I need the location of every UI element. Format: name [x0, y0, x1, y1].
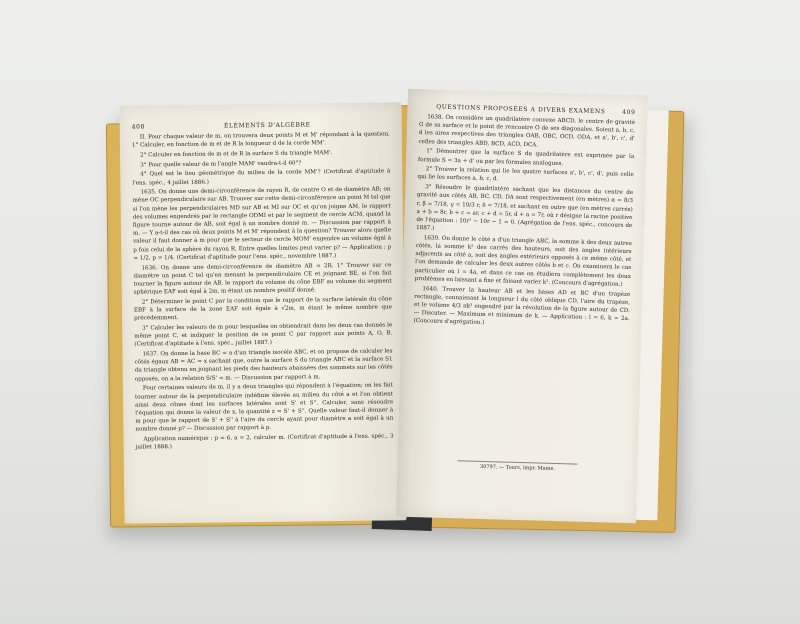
printer-imprint: 30797. — Tours, impr. Mame.: [457, 460, 577, 472]
paragraph: 4° Quel est le lieu géométrique du milie…: [132, 168, 390, 188]
paragraph: Application numérique : p = 6, a = 2, ca…: [135, 433, 393, 453]
paragraph: 1636. On donne une demi-circonférence de…: [133, 261, 391, 297]
paragraph: 1638. On considère un quadrilatère conve…: [418, 113, 635, 152]
paragraph: 1635. On donne une demi-circonférence de…: [132, 186, 391, 263]
right-page-number: 409: [622, 109, 635, 116]
left-page-number: 408: [132, 123, 145, 130]
right-page: QUESTIONS PROPOSÉES A DIVERS EXAMENS 409…: [396, 89, 648, 524]
paragraph: 1637. On donne la base BC = a d'un trian…: [134, 347, 392, 383]
paragraph: 3° Résoudre le quadrilatère sachant que …: [416, 183, 633, 238]
paragraph: 1639. On donne le côté a d'un triangle A…: [415, 234, 632, 289]
right-page-body: 1638. On considère un quadrilatère conve…: [401, 113, 647, 332]
left-page-body: II. Pour chaque valeur de m, on trouvera…: [120, 130, 406, 452]
left-page: 408 ÉLÉMENTS D'ALGÈBRE II. Pour chaque v…: [119, 102, 406, 523]
paragraph: 3° Calculer les valeurs de m pour lesque…: [134, 321, 392, 349]
left-page-header: 408 ÉLÉMENTS D'ALGÈBRE: [120, 120, 402, 130]
paragraph: 2° Déterminer le point C par la conditio…: [134, 295, 392, 323]
paragraph: Pour certaines valeurs de m, il y a deux…: [135, 382, 394, 434]
paragraph: II. Pour chaque valeur de m, on trouvera…: [132, 130, 390, 150]
left-running-head: ÉLÉMENTS D'ALGÈBRE: [224, 121, 311, 129]
paragraph: 1640. Trouver la hauteur AB et les bases…: [413, 285, 630, 332]
